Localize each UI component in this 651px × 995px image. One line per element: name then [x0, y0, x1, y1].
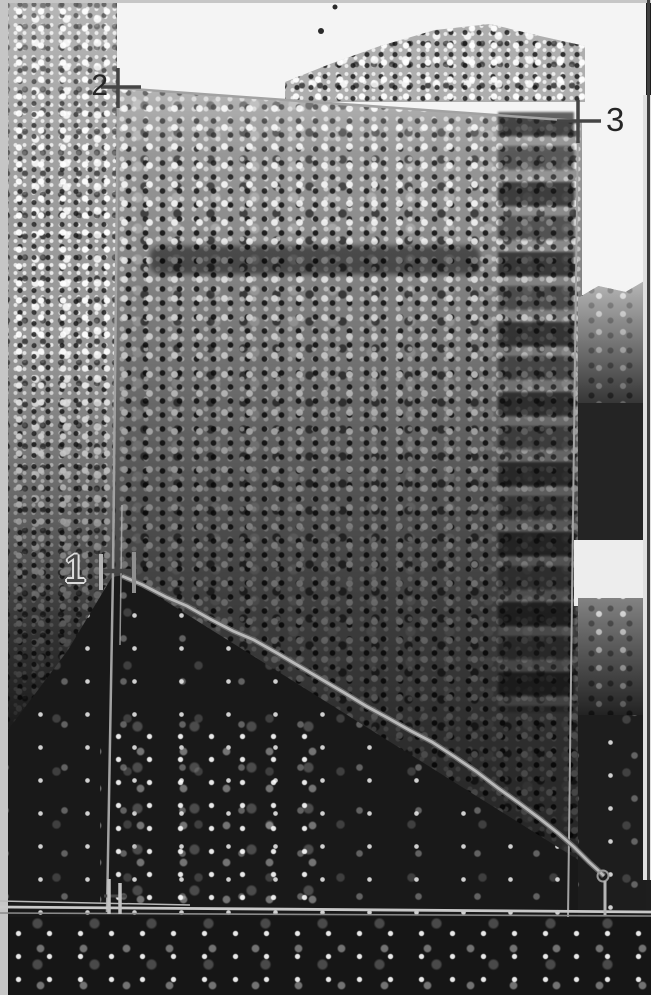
- scan-speck: [333, 5, 338, 10]
- survey-line-right: [568, 121, 578, 917]
- survey-line-top: [118, 88, 578, 121]
- crack-trace-underline: [122, 576, 604, 876]
- point-label-2: 2: [74, 71, 108, 101]
- baseline-main: [0, 907, 651, 912]
- scan-speck: [576, 81, 579, 84]
- point-label-1: 1: [64, 549, 86, 589]
- baseline-shadow: [0, 913, 651, 916]
- point-label-3: 3: [606, 103, 624, 136]
- survey-line-left: [107, 90, 118, 912]
- survey-line-left-double: [120, 505, 122, 645]
- annotated-photo-figure: 2 3 1: [0, 0, 651, 995]
- survey-annotation-overlay: [0, 0, 651, 995]
- baseline-upper: [0, 901, 190, 905]
- scan-speck: [318, 28, 324, 34]
- crack-trace-line: [122, 576, 604, 876]
